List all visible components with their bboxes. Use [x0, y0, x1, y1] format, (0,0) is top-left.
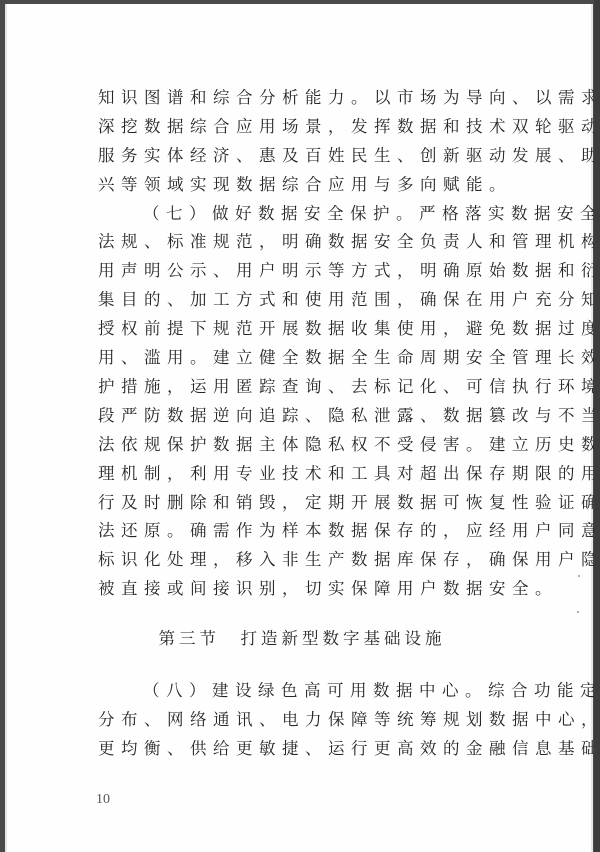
text-line: 标识化处理，移入非生产数据库保存，确保用户隐私信息不	[98, 546, 538, 575]
text-line: （七）做好数据安全保护。严格落实数据安全保护法律	[98, 200, 538, 229]
text-line: 授权前提下规范开展数据收集使用，避免数据过度收集、误	[98, 315, 538, 344]
document-viewer: 知识图谱和综合分析能力。以市场为导向、以需求为牵引， 深挖数据综合应用场景，发挥…	[0, 0, 600, 852]
paragraph-continued: 知识图谱和综合分析能力。以市场为导向、以需求为牵引， 深挖数据综合应用场景，发挥…	[98, 84, 538, 200]
text-line: 深挖数据综合应用场景，发挥数据和技术双轮驱动作用，在	[98, 113, 538, 142]
text-line: 理机制，利用专业技术和工具对超出保存期限的用户数据进	[98, 460, 538, 489]
page-number: 10	[96, 792, 110, 808]
text-line: 护措施，运用匿踪查询、去标记化、可信执行环境等技术手	[98, 373, 538, 402]
scan-speck	[578, 575, 580, 577]
document-page: 知识图谱和综合分析能力。以市场为导向、以需求为牵引， 深挖数据综合应用场景，发挥…	[5, 4, 593, 852]
section-heading: 第三节 打造新型数字基础设施	[2, 625, 600, 649]
text-line: 服务实体经济、惠及百姓民生、创新驱动发展、助力乡村振	[98, 142, 538, 171]
text-line: 法依规保护数据主体隐私权不受侵害。建立历史数据安全清	[98, 431, 538, 460]
text-line: 用、滥用。建立健全数据全生命周期安全管理长效机制和防	[98, 344, 538, 373]
text-line: 法规、标准规范，明确数据安全负责人和管理机构，综合运	[98, 228, 538, 257]
paragraph-data-center: （八）建设绿色高可用数据中心。综合功能定位、区域 分布、网络通讯、电力保障等统筹…	[98, 677, 538, 764]
text-line: 兴等领域实现数据综合应用与多向赋能。	[98, 171, 538, 200]
text-line: 分布、网络通讯、电力保障等统筹规划数据中心，建设资源	[98, 706, 538, 735]
scrollbar[interactable]	[594, 0, 600, 852]
text-line: 被直接或间接识别，切实保障用户数据安全。	[98, 575, 538, 604]
text-line: 行及时删除和销毁，定期开展数据可恢复性验证确保数据无	[98, 489, 538, 518]
text-line: 法还原。确需作为样本数据保存的，应经用户同意并进行去	[98, 517, 538, 546]
paragraph-data-security: （七）做好数据安全保护。严格落实数据安全保护法律 法规、标准规范，明确数据安全负…	[98, 200, 538, 604]
text-line: 知识图谱和综合分析能力。以市场为导向、以需求为牵引，	[98, 84, 538, 113]
text-line: 集目的、加工方式和使用范围，确保在用户充分知情、明确	[98, 286, 538, 315]
text-line: 用声明公示、用户明示等方式，明确原始数据和衍生数据收	[98, 257, 538, 286]
scan-speck	[577, 611, 579, 613]
text-line: 更均衡、供给更敏捷、运行更高效的金融信息基础设施。按	[98, 735, 538, 764]
text-line: 段严防数据逆向追踪、隐私泄露、数据篡改与不当使用，依	[98, 402, 538, 431]
text-line: （八）建设绿色高可用数据中心。综合功能定位、区域	[98, 677, 538, 706]
